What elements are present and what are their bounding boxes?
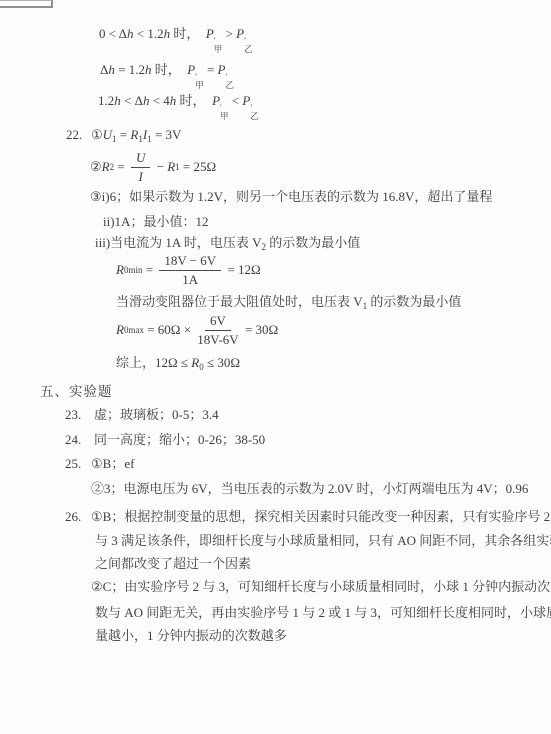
- question-number-26: 26.: [65, 508, 81, 526]
- answer-line-25-1: ①B；ef: [91, 455, 134, 473]
- formula-line-r0-range: 综上，12Ω ≤ R0 ≤ 30Ω: [116, 354, 240, 376]
- answer-line-25-2: ②3；电源电压为 6V，当电压表的示数为 2.0V 时，小灯两端电压为 4V；0…: [91, 480, 528, 498]
- page-corner-crop-mark: [0, 0, 53, 8]
- question-number-25: 25.: [65, 455, 81, 473]
- formula-line-pressure-case1: 0 < Δh < 1.2h 时， P′甲 > P′乙: [99, 25, 253, 54]
- formula-line-u1: ①U1 = R1I1 = 3V: [91, 126, 181, 148]
- formula-line-pressure-case2: Δh = 1.2h 时， P′甲 = P′乙: [100, 61, 234, 90]
- answer-line-26-3: 之间都改变了超过一个因素: [95, 555, 251, 573]
- formula-line-r2: ②R2 = UI − R1 = 25Ω: [90, 147, 216, 187]
- answer-line-26-6: 量越小，1 分钟内振动的次数越多: [95, 627, 287, 645]
- formula-line-r0max: R0max = 60Ω × 6V18V-6V = 30Ω: [116, 310, 278, 350]
- answer-line-26-4: ②C；由实验序号 2 与 3，可知细杆长度与小球质量相同时，小球 1 分钟内振动…: [91, 578, 550, 596]
- question-number-22: 22.: [66, 126, 82, 144]
- answer-line-26-1: ①B；根据控制变量的思想，探究相关因素时只能改变一种因素，只有实验序号 2: [91, 508, 550, 526]
- answer-line-22-3i: ③i)6；如果示数为 1.2V，则另一个电压表的示数为 16.8V，超出了量程: [90, 188, 492, 206]
- answer-line-26-5: 数与 AO 间距无关，再由实验序号 1 与 2 或 1 与 3，可知细杆长度相同…: [95, 604, 551, 622]
- answer-line-26-2: 与 3 满足该条件，即细杆长度与小球质量相同，只有 AO 间距不同，其余各组实验: [95, 532, 551, 550]
- formula-line-pressure-case3: 1.2h < Δh < 4h 时， P′甲 < P′乙: [98, 92, 259, 121]
- section-heading-experiments: 五、实验题: [40, 383, 113, 401]
- answer-line-22-3ii: ii)1A；最小值：12: [103, 213, 208, 231]
- answer-line-24: 同一高度；缩小；0-26；38-50: [94, 431, 265, 449]
- formula-line-r0min: R0min = 18V − 6V1A = 12Ω: [116, 250, 261, 290]
- question-number-23: 23.: [65, 406, 81, 424]
- answer-line-23: 虚；玻璃板；0-5；3.4: [94, 406, 219, 424]
- question-number-24: 24.: [65, 431, 81, 449]
- scanned-answer-page: 0 < Δh < 1.2h 时， P′甲 > P′乙 Δh = 1.2h 时， …: [0, 0, 551, 734]
